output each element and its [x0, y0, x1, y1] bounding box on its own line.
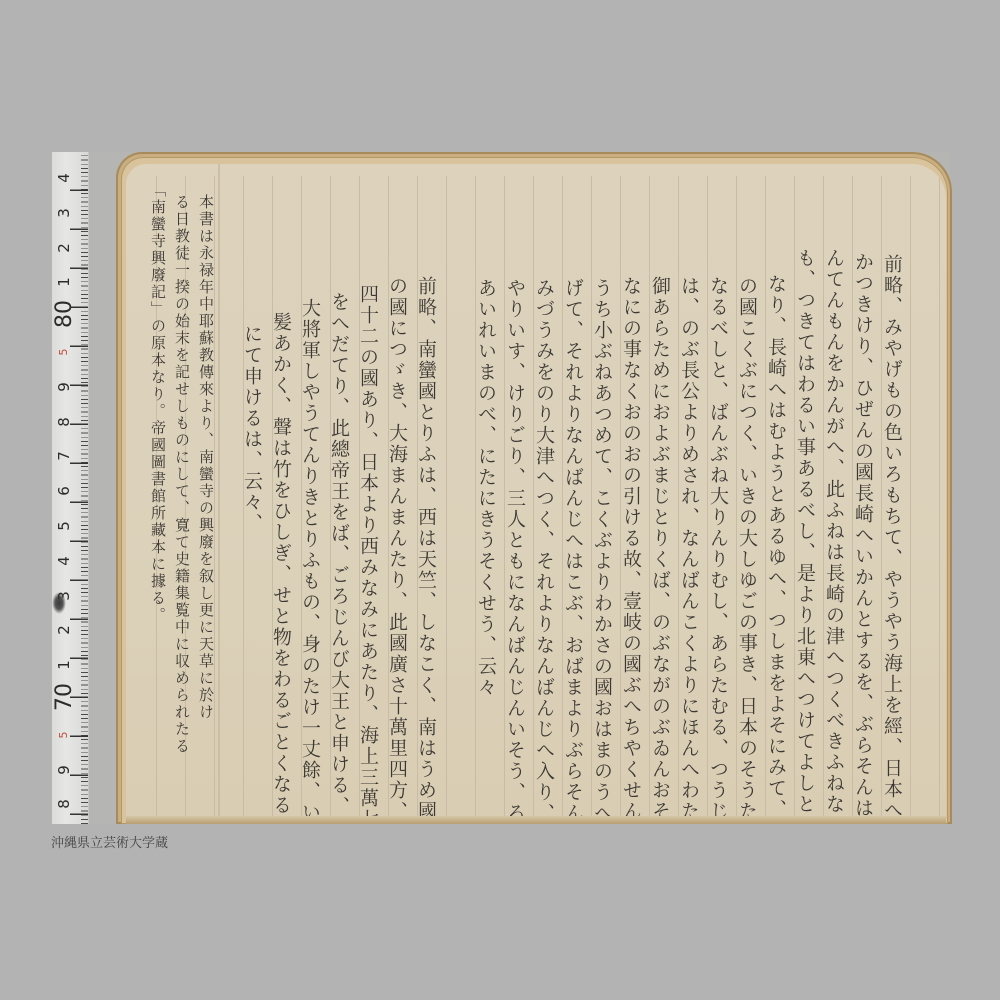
- ruler-number: 5: [56, 727, 72, 743]
- ruler-number: 2: [56, 622, 72, 638]
- page-bottom-edge: [126, 816, 946, 824]
- ruler-number: 8: [56, 414, 72, 430]
- manuscript-column: 前略、南蠻國とりふは、西は天竺、しなこく、南はうめ國、北は蜀: [412, 276, 440, 824]
- manuscript-column: の國につゞき、大海まんまんたり、此國廣さ十萬里四方、その内に: [383, 276, 411, 824]
- ruler-number: 2: [56, 240, 72, 256]
- ruler-number: 4: [56, 553, 72, 569]
- manuscript-column: 四十二の國あり、日本より西みなみにあたり、海上三萬七千餘里: [354, 284, 382, 824]
- annotation-column: 「南蠻寺興廢記」の原本なり。帝國圖書館所藏本に據る。: [144, 182, 172, 624]
- manuscript-column: 大將軍しやうてんりきとりふもの、身のたけ一丈餘、いろくろく: [296, 298, 324, 824]
- manuscript-column: は、のぶ長公よりめされ、なんばんこくよりにほんへわたるもの侍: [675, 276, 703, 824]
- ruled-line: [910, 176, 911, 824]
- manuscript-column: やりいす、けりごり、三人ともになんばんじんいそう、ろうかんん: [501, 278, 529, 824]
- annotation-column: 本書は永禄年中耶蘇教傳來より、南蠻寺の興廢を叙し更に天草に於け: [192, 194, 220, 721]
- manuscript-column: をへだてり、此總帝王をば、ごろじんび大王と申ける、云々、: [325, 292, 353, 824]
- manuscript-column: なり、長崎へはむようとあるゆへ、つしまをよそにみて、いき: [762, 274, 790, 824]
- annotation-column: る日教徒一揆の始末を記せしものにして、寛て史籍集覧中に収められたる: [168, 194, 196, 755]
- manuscript-column: 前略、みやげもの色いろもちて、やうやう海上を經、日本へち: [878, 254, 906, 824]
- ruler-number: 6: [56, 483, 72, 499]
- manuscript-column: うち小ぶねあつめて、こくぶよりわかさの國おはまのうへあ: [588, 278, 616, 824]
- collection-caption: 沖縄県立芸術大学蔵: [51, 832, 168, 851]
- manuscript-column: んてんもんをかんがへ、此ふねは長崎の津へつくべきふねなれど: [820, 248, 848, 824]
- ruler-number: 1: [56, 657, 72, 673]
- ruler-number: 1: [56, 274, 72, 290]
- manuscript-column: みづうみをのり大津へつく、それよりなんばんじへ入り、ぶらそん: [530, 278, 558, 824]
- ruler-number: 70: [57, 689, 73, 711]
- ruler-number: 9: [56, 379, 72, 395]
- ruler-number: 7: [56, 448, 72, 464]
- ruler-number: 8: [56, 796, 72, 812]
- manuscript-column: げて、それよりなんばんじへはこぶ、おばまよりぶらそんはあがり: [559, 278, 587, 824]
- manuscript-column: なにの事なくおのおの引ける故、壹岐の國ぶへちやくせんし、その: [617, 276, 645, 824]
- measuring-ruler: 432180598765432170598: [52, 152, 88, 824]
- ruler-number: 5: [56, 518, 72, 534]
- manuscript-column: あいれいまのべ、にたにきうそくせう、云々: [472, 278, 500, 698]
- ruler-number: 3: [56, 588, 72, 604]
- ruler-number: 4: [56, 170, 72, 186]
- manuscript-notebook: 前略、みやげもの色いろもちて、やうやう海上を經、日本へちかつきけり、ひぜんの國長…: [116, 152, 952, 824]
- ruler-number: 9: [56, 762, 72, 778]
- ruled-line: [939, 176, 940, 824]
- ruler-number: 5: [56, 344, 72, 360]
- ruled-line: [446, 176, 447, 824]
- manuscript-column: なるべしと、ばんぶね大りんりむし、あらたむる、つうじのもの事: [704, 276, 732, 824]
- manuscript-column: の國こくぶにつく、いきの大しゆごの事き、日本のそうたう: [733, 276, 761, 824]
- ruler-number: 80: [57, 306, 73, 328]
- manuscript-column: 御あらためにおよぶまじとりくば、のぶながのぶゐんおそれてや、: [646, 276, 674, 824]
- manuscript-page: 前略、みやげもの色いろもちて、やうやう海上を經、日本へちかつきけり、ひぜんの國長…: [126, 164, 946, 824]
- manuscript-column: にて申けるは、云々、: [238, 324, 266, 534]
- manuscript-column: かつきけり、ひぜんの國長崎へいかんとするを、ぶらそんはてれ: [849, 252, 877, 824]
- ruler-number: 3: [56, 205, 72, 221]
- manuscript-column: 髪あかく、聲は竹をひしぎ、せと物をわるごとくなる音聲: [267, 312, 295, 824]
- manuscript-column: も、つきてはわるい事あるべし、是より北東へつけてよしとおもふ: [791, 248, 819, 824]
